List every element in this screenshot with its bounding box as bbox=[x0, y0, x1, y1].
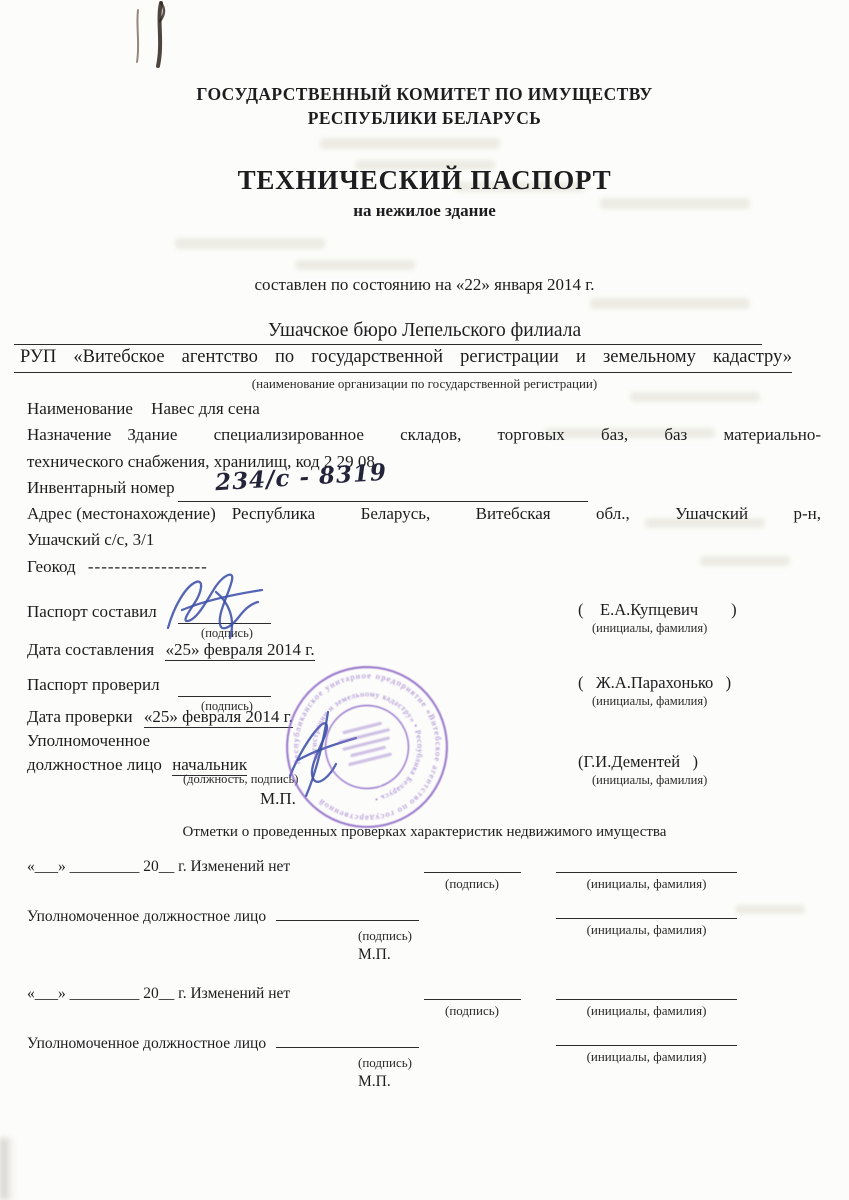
check-official-label: Уполномоченное должностное лицо bbox=[27, 1035, 266, 1052]
purpose-value-line1: Здание специализированное складов, торго… bbox=[127, 425, 821, 445]
signature-caption: (подпись) bbox=[330, 1055, 440, 1071]
stamp-center-text-lines bbox=[336, 720, 396, 767]
scan-bleed-artifact bbox=[175, 238, 325, 249]
initials-caption: (инициалы, фамилия) bbox=[556, 1049, 737, 1065]
organization-name: РУП «Витебское агентство по государствен… bbox=[20, 347, 792, 368]
initials-ruled-line bbox=[556, 872, 737, 873]
inventory-ruled-line bbox=[178, 501, 588, 502]
blank-ruled-line bbox=[276, 906, 419, 921]
official-name: (Г.И.Дементей ) bbox=[578, 752, 698, 772]
checked-date-row: Дата проверки «25» февраля 2014 г. bbox=[27, 707, 293, 727]
scan-bleed-artifact bbox=[700, 556, 790, 566]
initials-caption: (инициалы, фамилия) bbox=[592, 773, 707, 788]
compiled-by-label: Паспорт составил bbox=[27, 602, 157, 622]
signature-ruled-line bbox=[178, 696, 271, 697]
signature-caption: (подпись) bbox=[330, 928, 440, 944]
committee-name-line1: ГОСУДАРСТВЕННЫЙ КОМИТЕТ ПО ИМУЩЕСТВУ bbox=[0, 84, 849, 105]
stamp-place-label: М.П. bbox=[358, 1073, 391, 1091]
document-subtitle: на нежилое здание bbox=[0, 201, 849, 221]
field-purpose-row: Назначение Здание специализированное скл… bbox=[27, 425, 821, 445]
scan-bleed-artifact bbox=[320, 138, 500, 149]
document-title: ТЕХНИЧЕСКИЙ ПАСПОРТ bbox=[0, 165, 849, 196]
round-stamp: Республиканское унитарное предприятие «В… bbox=[263, 643, 472, 852]
name-label: Наименование bbox=[27, 399, 133, 418]
svg-text:Республиканское унитарное пред: Республиканское унитарное предприятие «В… bbox=[275, 655, 459, 839]
check-date-line: «___» _________ 20__ г. Изменений нет bbox=[27, 985, 290, 1003]
field-inventory-row: Инвентарный номер bbox=[27, 478, 175, 498]
scan-bleed-artifact bbox=[590, 298, 750, 309]
scan-bleed-artifact bbox=[630, 392, 760, 402]
signature-caption: (подпись) bbox=[414, 876, 530, 892]
initials-caption: (инициалы, фамилия) bbox=[556, 1003, 737, 1019]
scan-bleed-artifact bbox=[295, 260, 415, 270]
checked-by-name: ( Ж.А.Парахонько ) bbox=[578, 673, 731, 693]
check-official-row: Уполномоченное должностное лицо bbox=[27, 906, 419, 926]
bureau-line: Ушачское бюро Лепельского филиала bbox=[0, 320, 849, 342]
scan-corner-shadow bbox=[0, 1138, 15, 1200]
committee-name-line2: РЕСПУБЛИКИ БЕЛАРУСЬ bbox=[0, 108, 849, 129]
initials-ruled-line bbox=[556, 1045, 737, 1046]
ruled-line bbox=[14, 344, 762, 345]
checked-date-label: Дата проверки bbox=[27, 707, 133, 726]
geocode-label: Геокод bbox=[27, 557, 76, 576]
signature-ruled-line bbox=[424, 999, 521, 1000]
compiled-as-of-line: составлен по состоянию на «22» января 20… bbox=[0, 275, 849, 295]
compiler-signature-ink bbox=[158, 564, 282, 644]
checked-by-label: Паспорт проверил bbox=[27, 675, 160, 695]
check-date-line: «___» _________ 20__ г. Изменений нет bbox=[27, 858, 290, 876]
purpose-label: Назначение bbox=[27, 425, 111, 445]
inventory-label: Инвентарный номер bbox=[27, 478, 175, 497]
blank-ruled-line bbox=[276, 1033, 419, 1048]
address-value-line2: Ушачский с/с, 3/1 bbox=[27, 530, 154, 550]
ink-marks bbox=[125, 0, 195, 74]
address-value-line1: Республика Беларусь, Витебская обл., Уша… bbox=[232, 504, 821, 524]
name-value: Навес для сена bbox=[151, 399, 260, 418]
check-official-label: Уполномоченное должностное лицо bbox=[27, 908, 266, 925]
field-name-row: Наименование Навес для сена bbox=[27, 399, 260, 419]
official-label-line2: должностное лицо bbox=[27, 755, 162, 774]
initials-ruled-line bbox=[556, 918, 737, 919]
scanned-document-page: ГОСУДАРСТВЕННЫЙ КОМИТЕТ ПО ИМУЩЕСТВУ РЕС… bbox=[0, 0, 849, 1200]
stamp-ring-text-outer: Республиканское унитарное предприятие «В… bbox=[275, 655, 459, 839]
address-label: Адрес (местонахождение) bbox=[27, 504, 216, 524]
field-address-row: Адрес (местонахождение) Республика Белар… bbox=[27, 504, 821, 524]
initials-caption: (инициалы, фамилия) bbox=[592, 694, 707, 709]
initials-caption: (инициалы, фамилия) bbox=[556, 876, 737, 892]
signature-ruled-line bbox=[424, 872, 521, 873]
ruled-line bbox=[14, 372, 792, 373]
check-official-row: Уполномоченное должностное лицо bbox=[27, 1033, 419, 1053]
stamp-place-label: М.П. bbox=[358, 946, 391, 964]
compiled-by-name: ( Е.А.Купцевич ) bbox=[578, 600, 737, 620]
initials-caption: (инициалы, фамилия) bbox=[556, 922, 737, 938]
initials-caption: (инициалы, фамилия) bbox=[592, 621, 707, 636]
organization-caption: (наименование организации по государстве… bbox=[0, 376, 849, 392]
scan-bleed-artifact bbox=[735, 905, 805, 914]
initials-ruled-line bbox=[556, 999, 737, 1000]
checks-heading: Отметки о проведенных проверках характер… bbox=[0, 824, 849, 841]
compiled-date-label: Дата составления bbox=[27, 640, 154, 659]
official-label-line1: Уполномоченное bbox=[27, 731, 150, 751]
signature-caption: (подпись) bbox=[414, 1003, 530, 1019]
